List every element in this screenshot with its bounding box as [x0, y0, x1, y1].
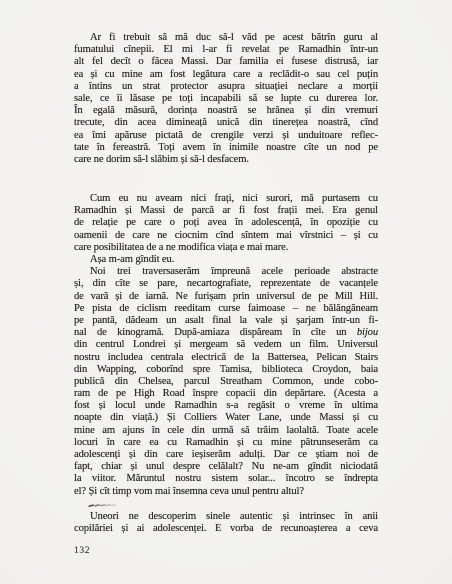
text-line: el? Și cît timp vom mai însemna ceva unu… — [74, 486, 378, 498]
paragraph-2: Cum eu nu aveam nici frați, nici surori,… — [74, 193, 378, 254]
text-line: publică din Chelsea, parcul Streatham Co… — [74, 376, 378, 388]
text-line: din centrul Londrei și mergeam să vedem … — [74, 339, 378, 351]
text-line: nostru includea centrala electrică de la… — [74, 352, 378, 364]
text-line: tate în fereastră. Toți avem în inimile … — [74, 142, 378, 154]
text-line: sale, ce îi lăsase pe toți incapabili să… — [74, 93, 378, 105]
text-line: din Wapping, coborînd spre Tamisa, bibli… — [74, 364, 378, 376]
text-line: fost și locul unde Ramadhin s-a regăsit … — [74, 400, 378, 412]
text-line: În egală măsură, dorința noastră se hrăn… — [74, 105, 378, 117]
text-line: locuri în care ea cu Ramadhin și cu mine… — [74, 437, 378, 449]
text-line: alt fel decît o făcea Massi. Dar familia… — [74, 56, 378, 68]
text-line: de relație pe care o poți avea în adoles… — [74, 217, 378, 229]
text-line: și, din cîte se pare, necartografiate, r… — [74, 278, 378, 290]
text-line: pe pantă, dădeam un asalt final la vale … — [74, 315, 378, 327]
text-line: copilăriei și ai adolescenței. E vorba d… — [74, 523, 378, 535]
text-line: Pe pista de ciclism reeditam curse faimo… — [74, 303, 378, 315]
text-line: Noi trei traversaserăm împreună acele pe… — [74, 266, 378, 278]
text-line: care posibilitatea de a ne modifica viaț… — [74, 242, 378, 254]
book-page: Ar fi trebuit să mă duc să-l văd pe aces… — [0, 0, 452, 584]
text-line: Cum eu nu aveam nici frați, nici surori,… — [74, 193, 378, 205]
text-segment: nal de kinogramă. După-amiaza dispăream … — [74, 327, 357, 338]
text-line: nal de kinogramă. După-amiaza dispăream … — [74, 327, 378, 339]
page-number: 132 — [74, 545, 90, 556]
text-line: la viitor. Măruntul nostru sistem solar.… — [74, 473, 378, 485]
text-line: care ne dorim să-l slăbim și să-l desfac… — [74, 154, 378, 166]
text-line: Așa m-am gîndit eu. — [74, 254, 378, 266]
page-text-block: Ar fi trebuit să mă duc să-l văd pe aces… — [74, 32, 378, 535]
paragraph-4: Noi trei traversaserăm împreună acele pe… — [74, 266, 378, 498]
section-break-ornament-icon — [88, 502, 118, 509]
paragraph-5: Uneori ne descoperim sinele autentic și … — [74, 511, 378, 535]
text-line: Ramadhin și Massi de parcă ar fi fost fr… — [74, 205, 378, 217]
text-line: mine am ajuns în cele din urmă să trăim … — [74, 425, 378, 437]
text-line: trecute, din acea dimineață unică din ti… — [74, 117, 378, 129]
text-line: a întins un strat protector asupra situa… — [74, 81, 378, 93]
text-line: fumatului cînepii. El mi l-ar fi revelat… — [74, 44, 378, 56]
text-line: oamenii de care ne ciocnim cînd sîntem m… — [74, 230, 378, 242]
text-line: ea și cu mine am fost legătura care a re… — [74, 69, 378, 81]
text-line: de vară și de iarnă. Ne furișam prin uni… — [74, 291, 378, 303]
text-line: Uneori ne descoperim sinele autentic și … — [74, 511, 378, 523]
text-line: adolescenți și din care ieșiserăm adulți… — [74, 449, 378, 461]
paragraph-3: Așa m-am gîndit eu. — [74, 254, 378, 266]
text-line: fapt, chiar și unul despre celălalt? Nu … — [74, 461, 378, 473]
text-line: noapte din viață.) Și Colliers Water Lan… — [74, 412, 378, 424]
paragraph-1: Ar fi trebuit să mă duc să-l văd pe aces… — [74, 32, 378, 166]
text-line: Ar fi trebuit să mă duc să-l văd pe aces… — [74, 32, 378, 44]
text-line: ea îmi apăruse pictată de crengile verzi… — [74, 130, 378, 142]
italic-word: bijou — [357, 327, 378, 338]
text-line: ram de pe High Road înspre copacii din d… — [74, 388, 378, 400]
